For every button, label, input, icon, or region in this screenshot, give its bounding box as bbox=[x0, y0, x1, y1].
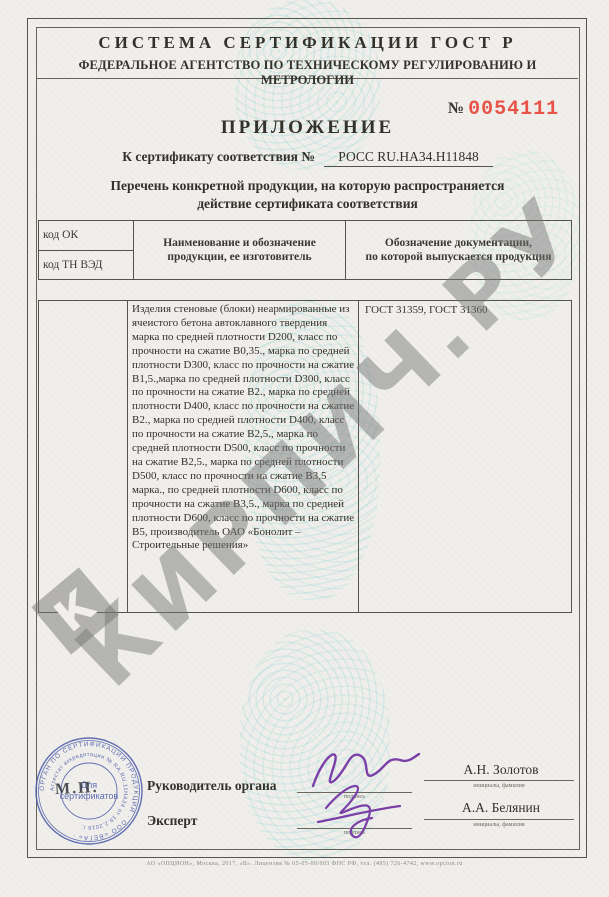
products-table-header: код ОК код ТН ВЭД Наименование и обознач… bbox=[38, 220, 572, 280]
documentation-header-line2: по которой выпускается продукция bbox=[366, 250, 552, 264]
products-table-body: Изделия стеновые (блоки) неармированные … bbox=[38, 300, 572, 613]
head-name-caption: инициалы, фамилия bbox=[424, 783, 574, 789]
certification-system-title: СИСТЕМА СЕРТИФИКАЦИИ ГОСТ Р bbox=[37, 33, 578, 53]
product-name-column-header: Наименование и обозначение продукции, ее… bbox=[134, 221, 346, 279]
certificate-number-value: РОСС RU.НА34.Н11848 bbox=[324, 149, 492, 167]
head-of-body-label: Руководитель органа bbox=[147, 778, 277, 794]
document-subtitle: Перечень конкретной продукции, на котору… bbox=[37, 177, 578, 213]
documentation-header-line1: Обозначение документации, bbox=[385, 236, 532, 250]
certificate-reference-line: К сертификату соответствия № РОСС RU.НА3… bbox=[37, 149, 578, 167]
tnved-code-header-cell: код ТН ВЭД bbox=[39, 251, 133, 280]
subtitle-line-2: действие сертификата соответствия bbox=[37, 195, 578, 213]
document-title: ПРИЛОЖЕНИЕ bbox=[37, 117, 578, 139]
product-description-cell: Изделия стеновые (блоки) неармированные … bbox=[128, 301, 359, 612]
expert-signature-scribble bbox=[312, 778, 422, 844]
agency-name: ФЕДЕРАЛЬНОЕ АГЕНТСТВО ПО ТЕХНИЧЕСКОМУ РЕ… bbox=[37, 58, 578, 88]
expert-name: А.А. Белянин bbox=[430, 800, 572, 816]
number-sign: № bbox=[448, 100, 464, 117]
mp-seal-mark: М.П. bbox=[55, 779, 99, 799]
ok-code-header-cell: код ОК bbox=[39, 221, 133, 251]
certificate-appendix-page: СИСТЕМА СЕРТИФИКАЦИИ ГОСТ Р ФЕДЕРАЛЬНОЕ … bbox=[0, 0, 609, 897]
expert-name-line bbox=[424, 819, 574, 820]
documentation-column-header: Обозначение документации, по которой вып… bbox=[346, 221, 571, 279]
printer-imprint: АО «ОПЦИОН», Москва, 2017, «В». Лицензия… bbox=[0, 861, 609, 867]
certificate-reference-label: К сертификату соответствия № bbox=[122, 149, 315, 164]
head-name-line bbox=[424, 780, 574, 781]
head-name: А.Н. Золотов bbox=[430, 762, 572, 778]
documentation-cell: ГОСТ 31359, ГОСТ 31360 bbox=[359, 301, 571, 612]
product-name-header-line1: Наименование и обозначение bbox=[163, 236, 316, 250]
product-name-header-line2: продукции, ее изготовитель bbox=[167, 250, 311, 264]
subtitle-line-1: Перечень конкретной продукции, на котору… bbox=[37, 177, 578, 195]
expert-label: Эксперт bbox=[147, 813, 197, 829]
code-cell bbox=[39, 301, 128, 612]
code-column-header: код ОК код ТН ВЭД bbox=[39, 221, 134, 279]
expert-name-caption: инициалы, фамилия bbox=[424, 822, 574, 828]
